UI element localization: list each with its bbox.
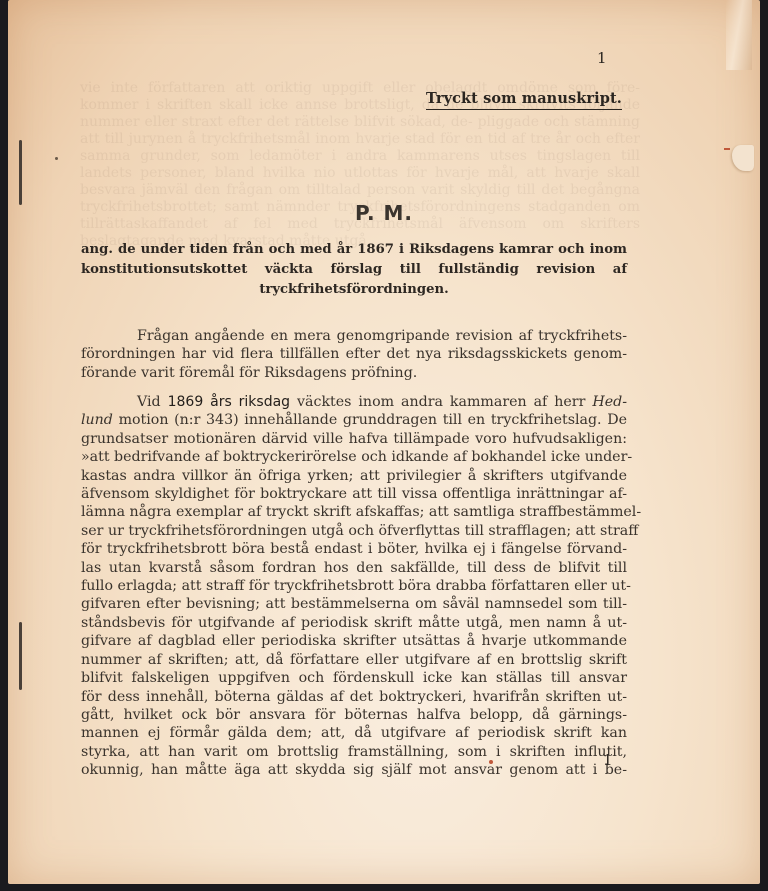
paragraph-line: Frågan angående en mera genomgripande re… <box>81 327 627 345</box>
page-number-bottom: 1 <box>603 751 613 769</box>
paragraph-line: okunnig, han måtte äga att skydda sig sj… <box>81 761 627 779</box>
paragraph-line: förordningen har vid flera tillfällen ef… <box>81 345 627 363</box>
paragraph-line: ser ur tryckfrihetsförordningen utgå och… <box>81 522 627 540</box>
paragraph-line: gått, hvilket ock bör ansvara för bötern… <box>81 706 627 724</box>
paragraph-line: för dess innehåll, böterna gäldas af det… <box>81 688 627 706</box>
paragraph-line: Vid 1869 års riksdag väcktes inom andra … <box>81 393 627 411</box>
person-name: Hed- <box>592 394 627 410</box>
paragraph-line: ståndsbevis för utgifvande af periodisk … <box>81 614 627 632</box>
paragraph-line: gifvaren efter bevisning; att bestämmels… <box>81 595 627 613</box>
riksdag-emphasis: 1869 års riksdag <box>168 394 290 410</box>
paragraph-line: mannen ej förmår gälda dem; att, då utgi… <box>81 724 627 742</box>
red-ink-mark <box>724 148 730 150</box>
paragraph-line: kastas andra villkor än öfriga yrken; at… <box>81 467 627 485</box>
document-title: P. M. <box>8 201 760 225</box>
paragraph-line: fullo erlagda; att straff för tryckfrihe… <box>81 577 627 595</box>
red-ink-dot <box>489 760 493 764</box>
page-number-top: 1 <box>597 49 607 67</box>
paragraph-line: »att bedrifvande af boktryckerirörelse o… <box>81 448 627 466</box>
paragraph-line: äfvensom skyldighet för boktryckare att … <box>81 485 627 503</box>
paragraph-line: blifvit falskeligen uppgifven och förden… <box>81 669 627 687</box>
lead-word: Vid <box>137 394 161 410</box>
person-name: lund <box>81 412 113 428</box>
paper-tear <box>732 145 754 171</box>
paper-speck <box>55 157 58 160</box>
binding-slot-bottom <box>19 622 22 690</box>
binding-slot-top <box>19 140 22 205</box>
paragraph-line: förande varit föremål för Riksdagens prö… <box>81 364 627 382</box>
line-text: motion (n:r 343) innehållande grunddrage… <box>119 412 627 428</box>
paragraph-line: lund motion (n:r 343) innehållande grund… <box>81 411 627 429</box>
corner-crease <box>726 0 752 70</box>
paragraph-line: gifvare af dagblad eller periodiska skri… <box>81 632 627 650</box>
document-subtitle: ang. de under tiden från och med år 1867… <box>81 240 627 300</box>
paragraph-1: Frågan angående en mera genomgripande re… <box>81 327 627 382</box>
document-page: vie inte författaren att oriktig uppgift… <box>8 0 760 884</box>
print-note: Tryckt som manuskript. <box>426 90 622 110</box>
paragraph-line: styrka, att han varit om brottslig frams… <box>81 743 627 761</box>
paragraph-line: grundsatser motionären därvid ville hafv… <box>81 430 627 448</box>
paragraph-2: Vid 1869 års riksdag väcktes inom andra … <box>81 393 627 780</box>
paragraph-line: lämna några exemplar af tryckt skrift af… <box>81 503 627 521</box>
paragraph-line: nummer af skriften; att, då författare e… <box>81 651 627 669</box>
paragraph-line: las utan kvarstå såsom fordran hos den s… <box>81 559 627 577</box>
paragraph-line: för tryckfrihetsbrott böra bestå endast … <box>81 540 627 558</box>
line-text: väcktes inom andra kammaren af herr <box>297 394 585 410</box>
